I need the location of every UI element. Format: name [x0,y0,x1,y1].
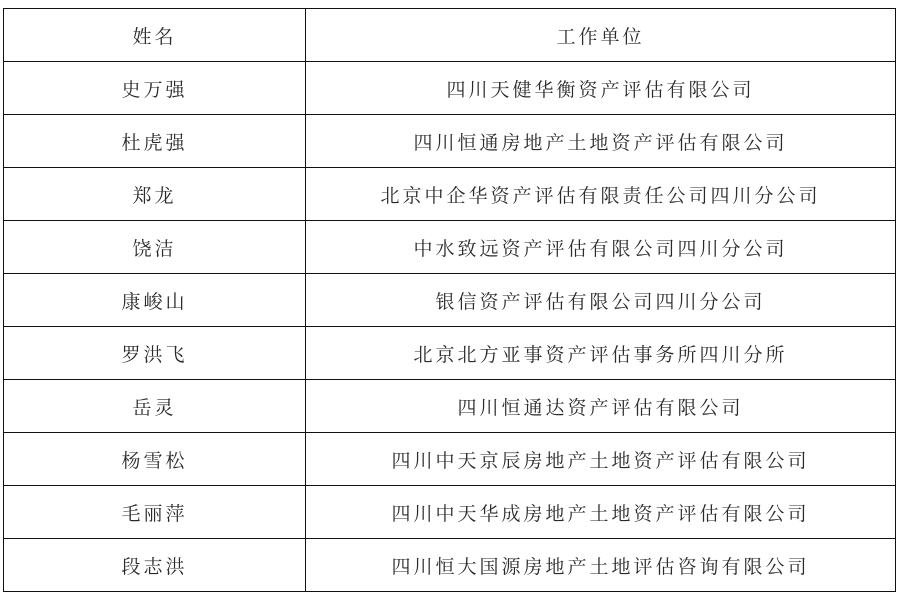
cell-name: 段志洪 [4,539,306,592]
table-row: 饶洁 中水致远资产评估有限公司四川分公司 [4,221,896,274]
table-row: 郑龙 北京中企华资产评估有限责任公司四川分公司 [4,168,896,221]
table-header-row: 姓名 工作单位 [4,9,896,62]
cell-name: 杨雪松 [4,433,306,486]
cell-work-unit: 银信资产评估有限公司四川分公司 [306,274,896,327]
table-row: 杜虎强 四川恒通房地产土地资产评估有限公司 [4,115,896,168]
table-row: 罗洪飞 北京北方亚事资产评估事务所四川分所 [4,327,896,380]
cell-name: 郑龙 [4,168,306,221]
cell-work-unit: 四川恒通达资产评估有限公司 [306,380,896,433]
cell-name: 罗洪飞 [4,327,306,380]
cell-work-unit: 北京北方亚事资产评估事务所四川分所 [306,327,896,380]
cell-work-unit: 四川恒大国源房地产土地评估咨询有限公司 [306,539,896,592]
header-work-unit: 工作单位 [306,9,896,62]
cell-name: 康峻山 [4,274,306,327]
cell-work-unit: 中水致远资产评估有限公司四川分公司 [306,221,896,274]
table-row: 史万强 四川天健华衡资产评估有限公司 [4,62,896,115]
table-row: 杨雪松 四川中天京辰房地产土地资产评估有限公司 [4,433,896,486]
header-name: 姓名 [4,9,306,62]
cell-name: 岳灵 [4,380,306,433]
cell-work-unit: 四川中天京辰房地产土地资产评估有限公司 [306,433,896,486]
table-row: 岳灵 四川恒通达资产评估有限公司 [4,380,896,433]
table-row: 康峻山 银信资产评估有限公司四川分公司 [4,274,896,327]
cell-work-unit: 四川天健华衡资产评估有限公司 [306,62,896,115]
personnel-table: 姓名 工作单位 史万强 四川天健华衡资产评估有限公司 杜虎强 四川恒通房地产土地… [3,8,896,592]
cell-work-unit: 四川恒通房地产土地资产评估有限公司 [306,115,896,168]
cell-name: 史万强 [4,62,306,115]
cell-name: 杜虎强 [4,115,306,168]
table-row: 段志洪 四川恒大国源房地产土地评估咨询有限公司 [4,539,896,592]
personnel-table-container: 姓名 工作单位 史万强 四川天健华衡资产评估有限公司 杜虎强 四川恒通房地产土地… [3,8,895,592]
cell-work-unit: 四川中天华成房地产土地资产评估有限公司 [306,486,896,539]
cell-name: 毛丽萍 [4,486,306,539]
cell-name: 饶洁 [4,221,306,274]
cell-work-unit: 北京中企华资产评估有限责任公司四川分公司 [306,168,896,221]
table-row: 毛丽萍 四川中天华成房地产土地资产评估有限公司 [4,486,896,539]
